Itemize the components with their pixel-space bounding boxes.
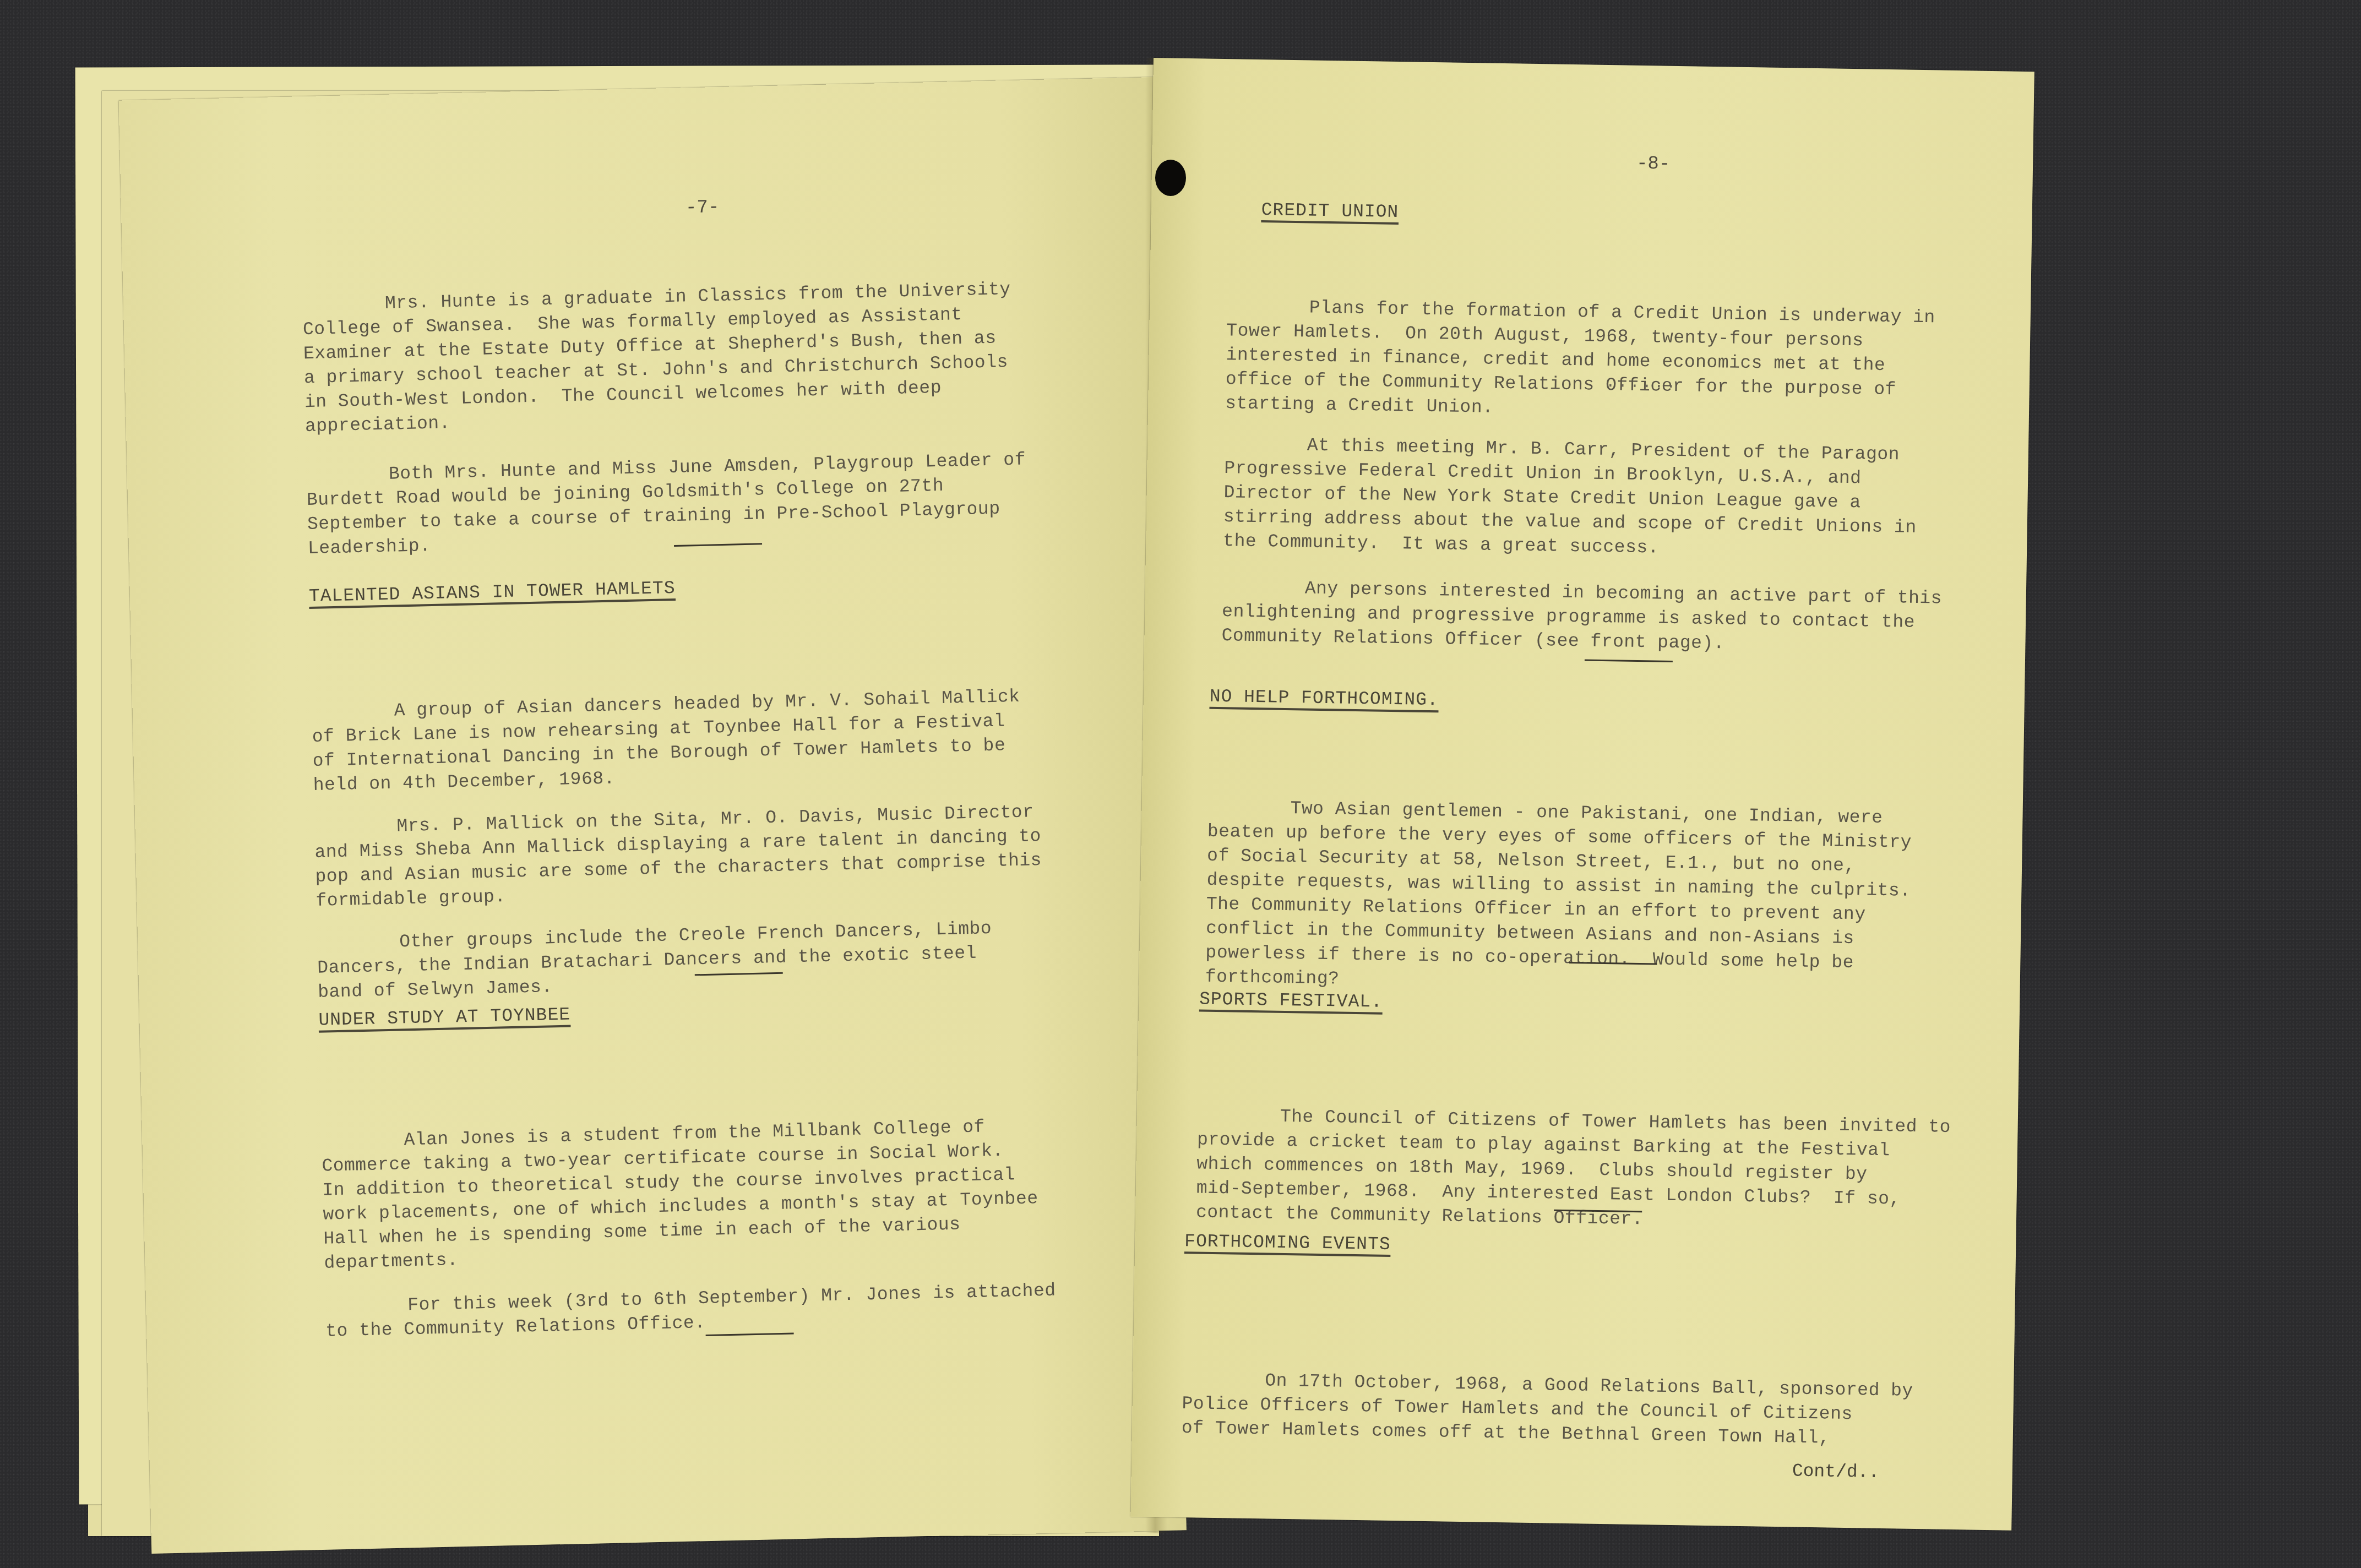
paragraph-text: The Council of Citizens of Tower Hamlets…: [1196, 1103, 1951, 1236]
paragraph: For this week (3rd to 6th September) Mr.…: [324, 1231, 1058, 1392]
paragraph-text: Both Mrs. Hunte and Miss June Amsden, Pl…: [306, 448, 1028, 561]
section-heading: CREDIT UNION: [1261, 200, 1399, 222]
section-heading: SPORTS FESTIVAL.: [1199, 989, 1383, 1012]
section-heading: NO HELP FORTHCOMING.: [1209, 687, 1439, 711]
punch-hole: [1155, 160, 1186, 196]
page-number: -7-: [686, 197, 720, 219]
paragraph: Any persons interested in becoming an ac…: [1221, 527, 1943, 707]
paragraph-text: For this week (3rd to 6th September) Mr.…: [325, 1279, 1057, 1344]
paragraph-text: Any persons interested in becoming an ac…: [1221, 575, 1942, 660]
left-page: -7- Mrs. Hunte is a graduate in Classics…: [118, 77, 1186, 1554]
right-page: -8- CREDIT UNION Plans for the formation…: [1130, 58, 2034, 1531]
section-heading: FORTHCOMING EVENTS: [1184, 1231, 1391, 1255]
paragraph-text: Other groups include the Creole French D…: [317, 917, 993, 1005]
page-number: -8-: [1636, 154, 1671, 175]
paragraph-text: Two Asian gentlemen - one Pakistani, one…: [1205, 796, 1912, 1000]
paragraph-text: On 17th October, 1968, a Good Relations …: [1182, 1368, 1914, 1452]
continued-note: Cont/d..: [1792, 1461, 1880, 1483]
